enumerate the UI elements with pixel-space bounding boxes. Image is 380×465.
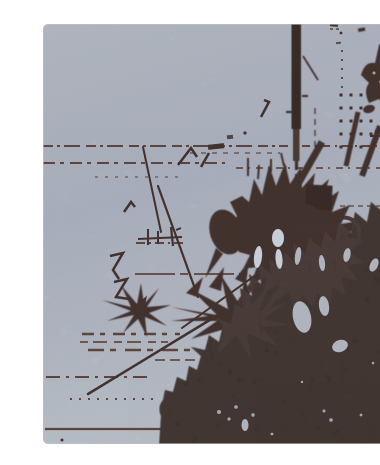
rug-product-image	[40, 16, 380, 449]
rug-surface	[43, 20, 380, 447]
pole-bar	[292, 23, 302, 129]
rug-artwork-canvas	[40, 16, 380, 449]
